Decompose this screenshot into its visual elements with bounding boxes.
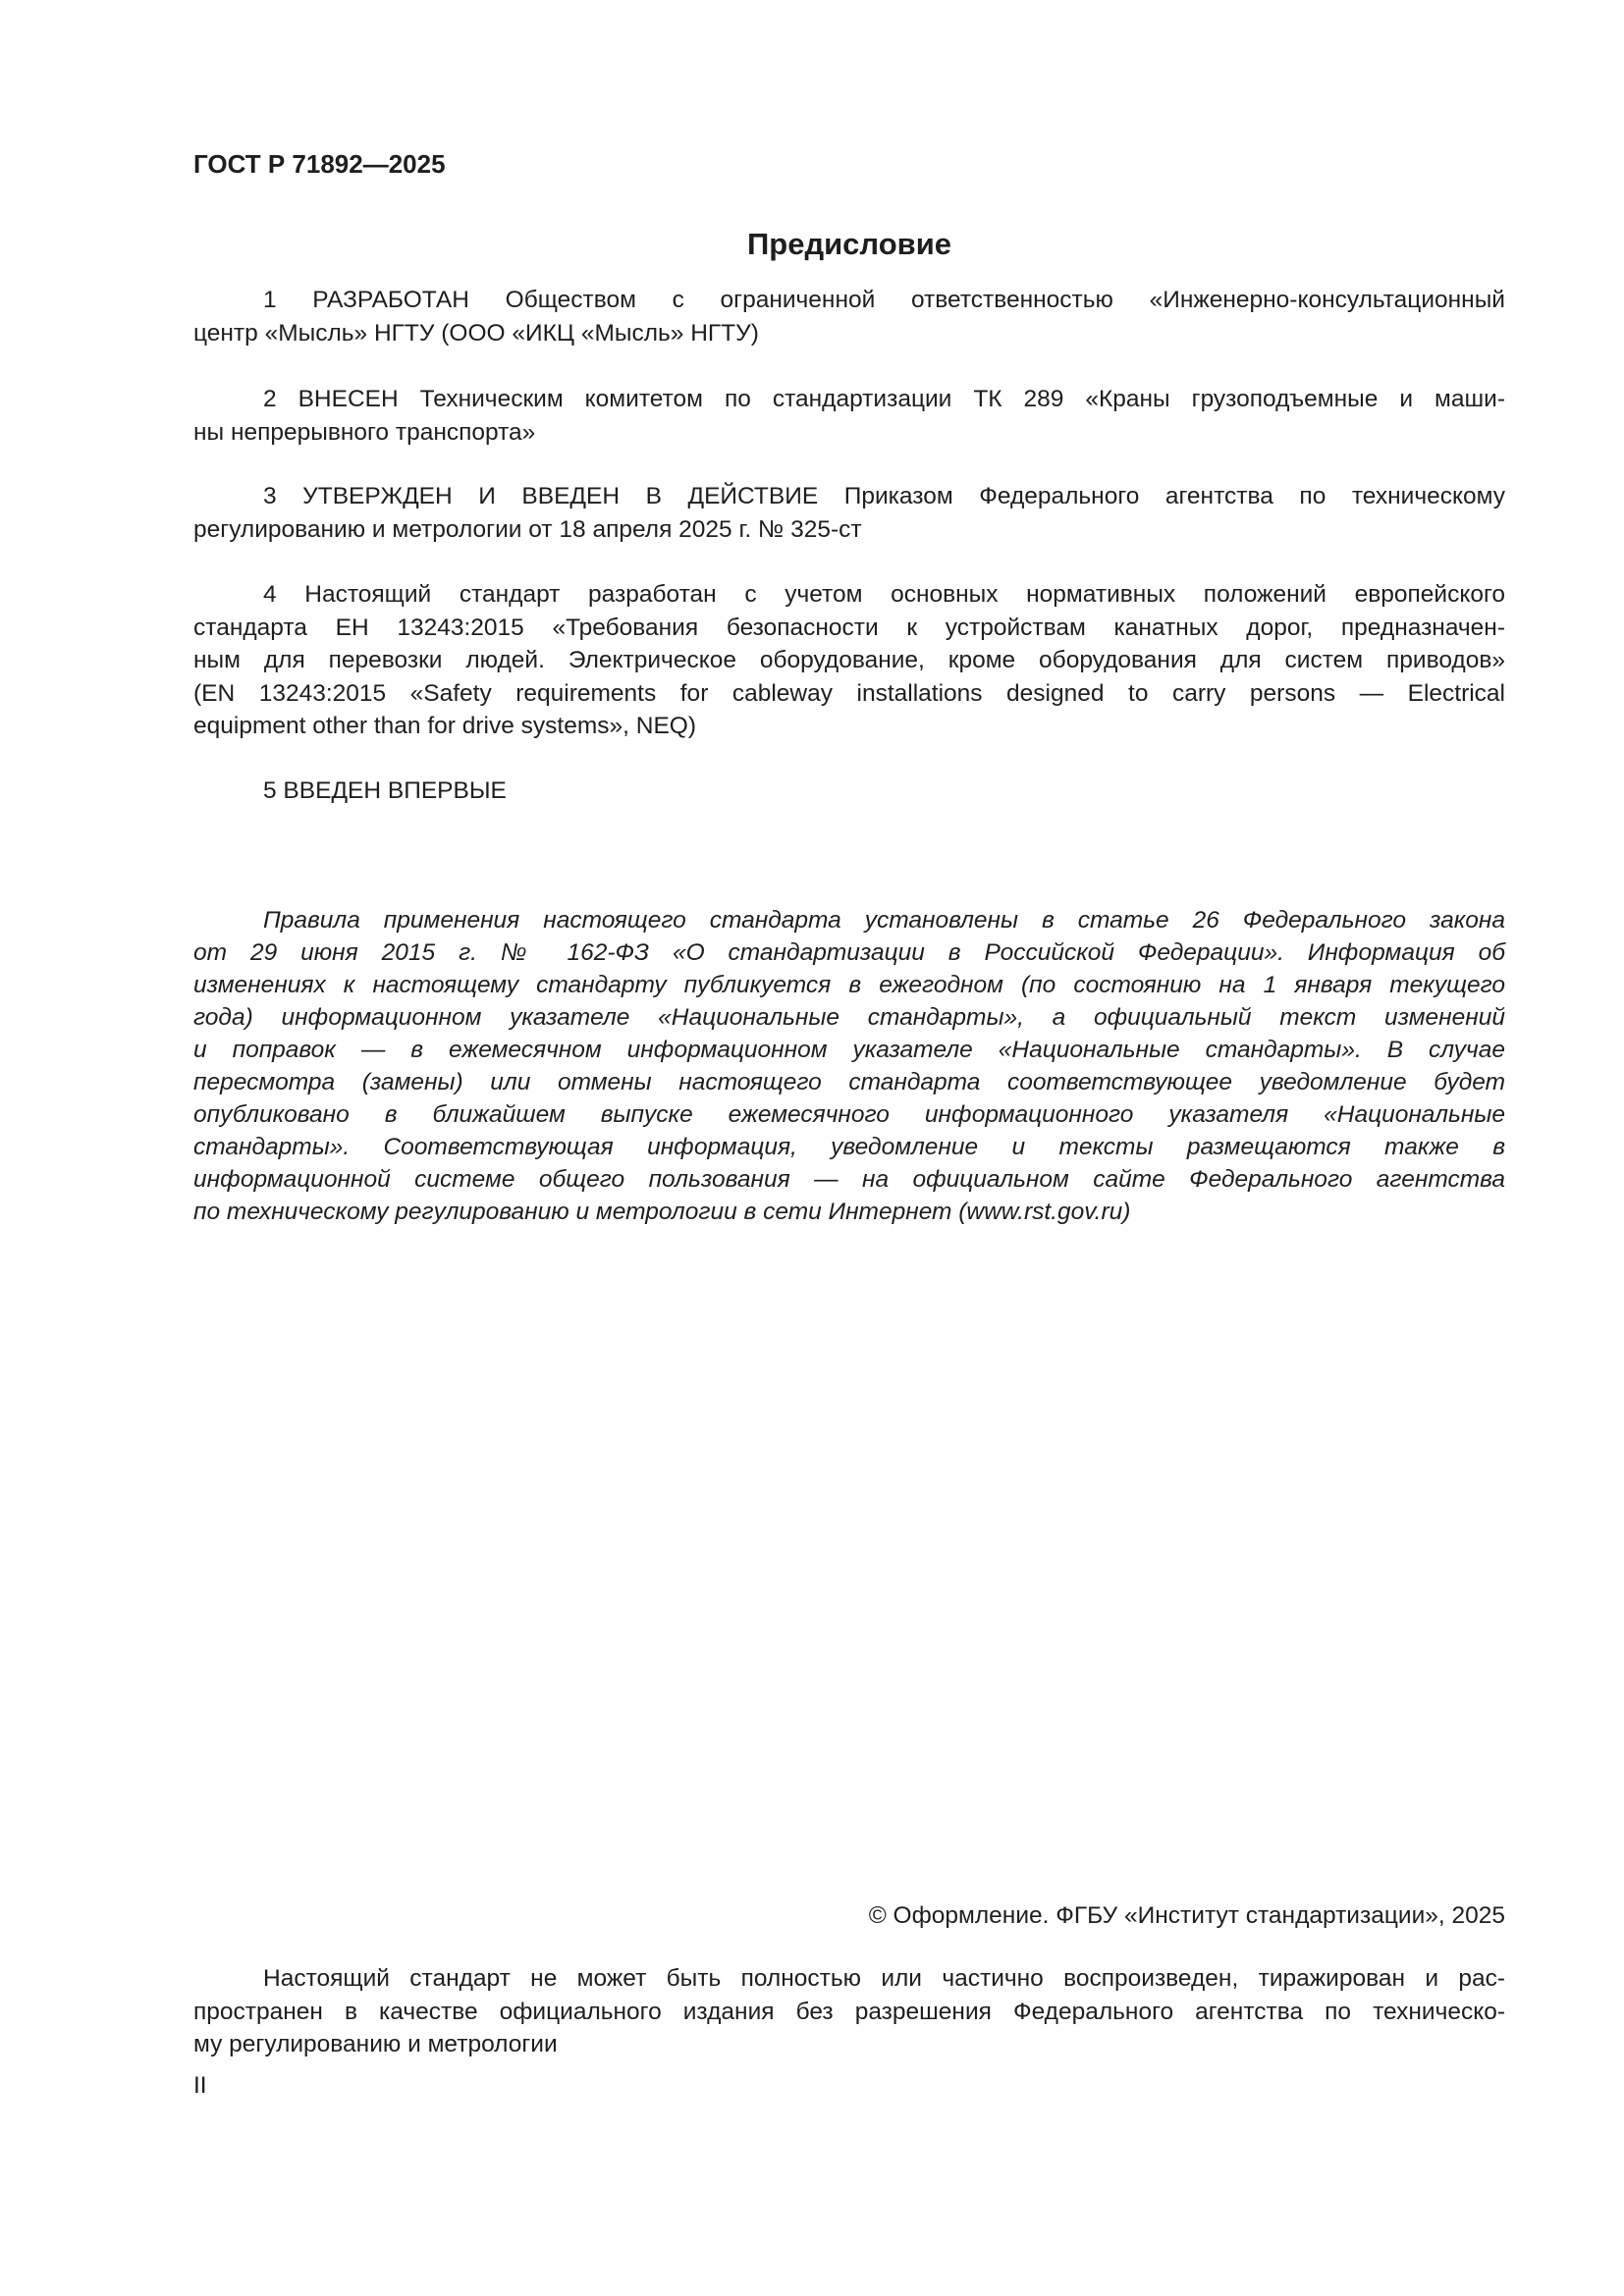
paragraph-line: и поправок — в ежемесячном информационно… <box>193 1034 1505 1066</box>
paragraph-line: центр «Мысль» НГТУ (ООО «ИКЦ «Мысль» НГТ… <box>193 317 1505 350</box>
paragraph-line: пространен в качестве официального издан… <box>193 1996 1505 2029</box>
paragraph-line: 5 ВВЕДЕН ВПЕРВЫЕ <box>193 774 1505 808</box>
foreword-item-1: 1 РАЗРАБОТАН Обществом с ограниченной от… <box>193 284 1505 349</box>
reproduction-notice: Настоящий стандарт не может быть полност… <box>193 1962 1505 2061</box>
paragraph-line: регулированию и метрологии от 18 апреля … <box>193 513 1505 547</box>
document-code: ГОСТ Р 71892—2025 <box>193 149 1505 179</box>
paragraph-line: стандарта ЕН 13243:2015 «Требования безо… <box>193 612 1505 645</box>
paragraph-line: 3 УТВЕРЖДЕН И ВВЕДЕН В ДЕЙСТВИЕ Приказом… <box>193 480 1505 513</box>
copyright-notice: © Оформление. ФГБУ «Институт стандартиза… <box>193 1899 1505 1933</box>
paragraph-line: пересмотра (замены) или отмены настоящег… <box>193 1066 1505 1098</box>
foreword-item-5: 5 ВВЕДЕН ВПЕРВЫЕ <box>193 774 1505 808</box>
page-title: Предисловие <box>193 227 1505 262</box>
foreword-item-3: 3 УТВЕРЖДЕН И ВВЕДЕН В ДЕЙСТВИЕ Приказом… <box>193 480 1505 546</box>
paragraph-line: 4 Настоящий стандарт разработан с учетом… <box>193 578 1505 612</box>
application-rules-notice: Правила применения настоящего стандарта … <box>193 904 1505 1228</box>
page-number: II <box>193 2069 1505 2103</box>
paragraph-line: информационной системе общего пользовани… <box>193 1163 1505 1196</box>
paragraph-line: стандарты». Соответствующая информация, … <box>193 1131 1505 1163</box>
paragraph-line: Настоящий стандарт не может быть полност… <box>193 1962 1505 1996</box>
paragraph-line: 1 РАЗРАБОТАН Обществом с ограниченной от… <box>193 284 1505 317</box>
paragraph-line: по техническому регулированию и метролог… <box>193 1196 1505 1228</box>
paragraph-line: му регулированию и метрологии <box>193 2028 1505 2061</box>
paragraph-line: ны непрерывного транспорта» <box>193 416 1505 450</box>
paragraph-line: 2 ВНЕСЕН Техническим комитетом по станда… <box>193 383 1505 416</box>
paragraph-line: изменениях к настоящему стандарту публик… <box>193 969 1505 1001</box>
paragraph-line: equipment other than for drive systems»,… <box>193 710 1505 743</box>
paragraph-line: Правила применения настоящего стандарта … <box>193 904 1505 936</box>
paragraph-line: от 29 июня 2015 г. № 162-ФЗ «О стандарти… <box>193 936 1505 969</box>
paragraph-line: года) информационном указателе «Национал… <box>193 1001 1505 1034</box>
foreword-item-4: 4 Настоящий стандарт разработан с учетом… <box>193 578 1505 743</box>
foreword-item-2: 2 ВНЕСЕН Техническим комитетом по станда… <box>193 383 1505 449</box>
paragraph-line: (EN 13243:2015 «Safety requirements for … <box>193 677 1505 711</box>
paragraph-line: ным для перевозки людей. Электрическое о… <box>193 644 1505 677</box>
paragraph-line: опубликовано в ближайшем выпуске ежемеся… <box>193 1098 1505 1131</box>
